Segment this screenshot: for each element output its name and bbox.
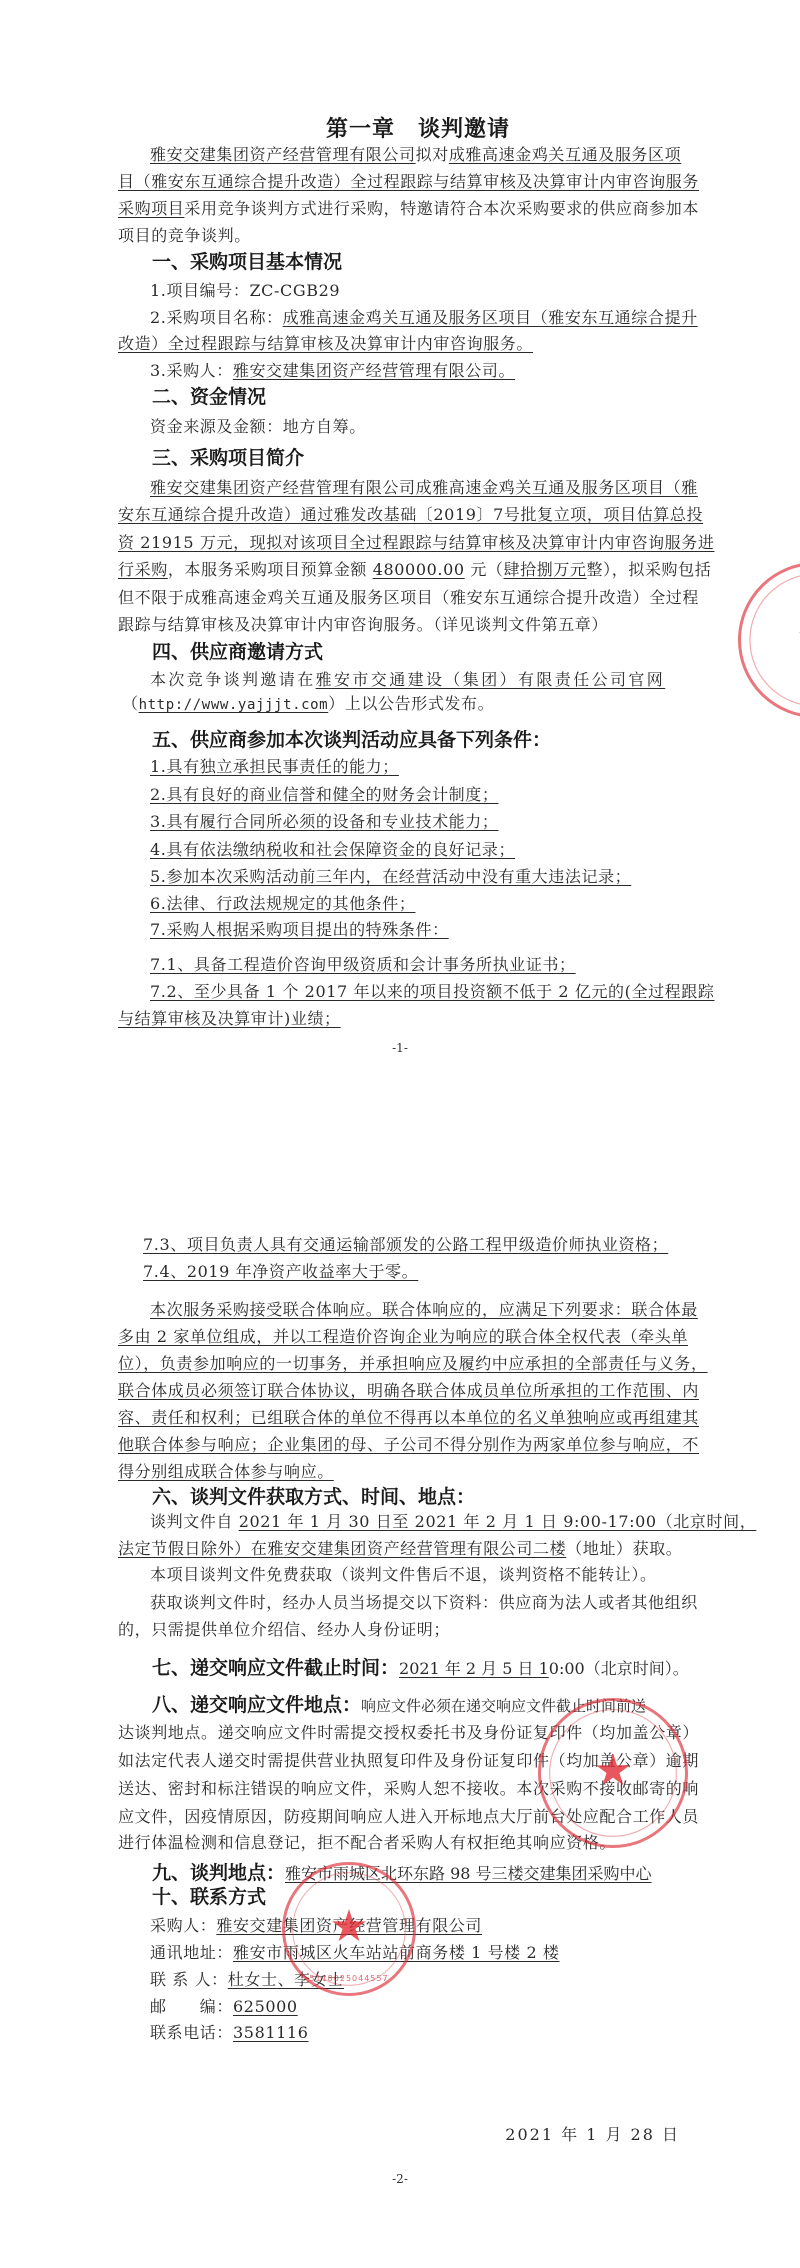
invitation-line-2: （http://www.yajjjt.com）上以公告形式发布。 bbox=[122, 694, 684, 715]
purchaser-name: 雅安交建集团资产经营管理有限公司 bbox=[150, 145, 416, 164]
summary-line-5: 但不限于成雅高速金鸡关互通及服务区项目（雅安东互通综合提升改造）全过程 bbox=[118, 588, 680, 608]
star-icon: ★ bbox=[593, 1749, 632, 1793]
condition-sub-7-2: 7.2、至少具备 1 个 2017 年以来的项目投资额不低于 2 亿元的(全过程… bbox=[150, 982, 680, 1002]
summary-line-1: 雅安交建集团资产经营管理有限公司成雅高速金鸡关互通及服务区项目（雅 bbox=[150, 478, 680, 498]
contact-person: 联 系 人：杜女士、李女士 bbox=[150, 1970, 680, 1990]
consortium-line: 本次服务采购接受联合体响应。联合体响应的，应满足下列要求：联合体最 bbox=[150, 1300, 680, 1320]
company-seal-stamp: ★ 5118025044557 bbox=[282, 1862, 416, 1996]
page-number-2: -2- bbox=[0, 2172, 800, 2186]
star-icon: ★ bbox=[796, 616, 800, 660]
summary-line-2: 安东互通综合提升改造）通过雅发改基础〔2019〕7号批复立项，项目估算总投 bbox=[118, 505, 680, 525]
page-number-1: -1- bbox=[0, 1041, 800, 1055]
doc-requirements-1: 获取谈判文件时，经办人员当场提交以下资料：供应商为法人或者其他组织 bbox=[150, 1593, 680, 1613]
contact-address: 通讯地址：雅安市雨城区火车站站前商务楼 1 号楼 2 楼 bbox=[150, 1943, 680, 1963]
consortium-line: 多由 2 家单位组成，并以工程造价咨询企业为响应的联合体全权代表（牵头单 bbox=[118, 1327, 680, 1347]
condition-item: 2.具有良好的商业信誉和健全的财务会计制度； bbox=[150, 785, 680, 805]
condition-sub-7-4: 7.4、2019 年净资产收益率大于零。 bbox=[143, 1262, 705, 1282]
condition-item: 7.采购人根据采购项目提出的特殊条件： bbox=[150, 920, 680, 940]
consortium-line: 容、责任和权利；已组联合体的单位不得再以本单位的名义单独响应或再组建其 bbox=[118, 1408, 680, 1428]
section-10-heading: 十、联系方式 bbox=[152, 1886, 266, 1908]
section-7-heading: 七、递交响应文件截止时间：2021 年 2 月 5 日 10:00（北京时间）。 bbox=[152, 1657, 689, 1680]
doc-requirements-2: 的，只需提供单位介绍信、经办人身份证明； bbox=[118, 1620, 680, 1640]
section-2-heading: 二、资金情况 bbox=[152, 386, 266, 408]
intro-line-1: 雅安交建集团资产经营管理有限公司拟对成雅高速金鸡关互通及服务区项 bbox=[150, 145, 680, 165]
summary-line-3: 资 21915 万元，现拟对该项目全过程跟踪与结算审核及决算审计内审咨询服务进 bbox=[118, 533, 680, 553]
deadline: 2021 年 2 月 5 日 1 bbox=[399, 1659, 549, 1678]
funding-source: 资金来源及金额：地方自筹。 bbox=[150, 417, 680, 437]
condition-item: 6.法律、行政法规规定的其他条件； bbox=[150, 894, 680, 914]
company-seal-stamp: ★ bbox=[738, 562, 800, 718]
section-6-heading: 六、谈判文件获取方式、时间、地点： bbox=[152, 1486, 475, 1508]
intro-line-3: 采购项目采用竞争谈判方式进行采购，特邀请符合本次采购要求的供应商参加本 bbox=[118, 199, 680, 219]
consortium-line: 得分别组成联合体参与响应。 bbox=[118, 1462, 680, 1482]
intro-line-2: 目（雅安东互通综合提升改造）全过程跟踪与结算审核及决算审计内审咨询服务 bbox=[118, 172, 680, 192]
project-number: 1.项目编号：ZC-CGB29 bbox=[150, 281, 680, 301]
section-1-heading: 一、采购项目基本情况 bbox=[152, 251, 342, 273]
condition-item: 4.具有依法缴纳税收和社会保障资金的良好记录； bbox=[150, 840, 680, 860]
summary-line-6: 跟踪与结算审核及决算审计内审咨询服务。（详见谈判文件第五章） bbox=[118, 615, 680, 635]
summary-line-4: 行采购，本服务采购项目预算金额 480000.00 元（肆拾捌万元整），拟采购包… bbox=[118, 560, 680, 580]
section-5-heading: 五、供应商参加本次谈判活动应具备下列条件： bbox=[152, 729, 551, 751]
condition-item: 3.具有履行合同所必须的设备和专业技术能力； bbox=[150, 812, 680, 832]
invitation-line-1: 本次竞争谈判邀请在雅安市交通建设（集团）有限责任公司官网 bbox=[150, 670, 680, 690]
document-date: 2021 年 1 月 28 日 bbox=[500, 2122, 680, 2145]
seal-number: 5118025044557 bbox=[285, 1974, 413, 1983]
consortium-line: 位），负责参加响应的一切事务，并承担响应及履约中应承担的全部责任与义务， bbox=[118, 1354, 680, 1374]
section-4-heading: 四、供应商邀请方式 bbox=[152, 641, 323, 663]
purchaser: 3.采购人：雅安交建集团资产经营管理有限公司。 bbox=[150, 361, 680, 381]
condition-item: 1.具有独立承担民事责任的能力； bbox=[150, 757, 680, 777]
website-link[interactable]: http://www.yajjjt.com bbox=[139, 697, 329, 713]
condition-sub-7-3: 7.3、项目负责人具有交通运输部颁发的公路工程甲级造价师执业资格； bbox=[143, 1235, 705, 1255]
project-name-cont: 改造）全过程跟踪与结算审核及决算审计内审咨询服务。 bbox=[118, 334, 680, 354]
intro-line-4: 项目的竞争谈判。 bbox=[118, 226, 680, 246]
budget-amount: 480000.00 bbox=[373, 560, 465, 579]
company-seal-stamp: ★ bbox=[538, 1698, 688, 1848]
star-icon: ★ bbox=[329, 1905, 368, 1949]
condition-sub-7-2-cont: 与结算审核及决算审计)业绩； bbox=[118, 1009, 680, 1029]
doc-period-line-2: 法定节假日除外）在雅安交建集团资产经营管理有限公司二楼（地址）获取。 bbox=[118, 1539, 680, 1559]
doc-period-line-1: 谈判文件自 2021 年 1 月 30 日至 2021 年 2 月 1 日 9:… bbox=[150, 1512, 680, 1532]
condition-sub-7-1: 7.1、具备工程造价咨询甲级资质和会计事务所执业证书； bbox=[150, 955, 680, 975]
seal-ring-icon bbox=[741, 565, 800, 715]
contact-phone: 联系电话：3581116 bbox=[150, 2023, 680, 2043]
consortium-line: 联合体成员必须签订联合体协议，明确各联合体成员单位所承担的工作范围、内 bbox=[118, 1381, 680, 1401]
project-name: 2.采购项目名称：成雅高速金鸡关互通及服务区项目（雅安东互通综合提升 bbox=[150, 308, 680, 328]
consortium-line: 他联合体参与响应；企业集团的母、子公司不得分别作为两家单位参与响应，不 bbox=[118, 1435, 680, 1455]
page-title: 第一章 谈判邀请 bbox=[0, 112, 800, 143]
doc-fee: 本项目谈判文件免费获取（谈判文件售后不退，谈判资格不能转让）。 bbox=[150, 1565, 680, 1585]
section-3-heading: 三、采购项目简介 bbox=[152, 447, 304, 469]
condition-item: 5.参加本次采购活动前三年内，在经营活动中没有重大违法记录； bbox=[150, 867, 680, 887]
contact-postcode: 邮 编：625000 bbox=[150, 1997, 680, 2017]
